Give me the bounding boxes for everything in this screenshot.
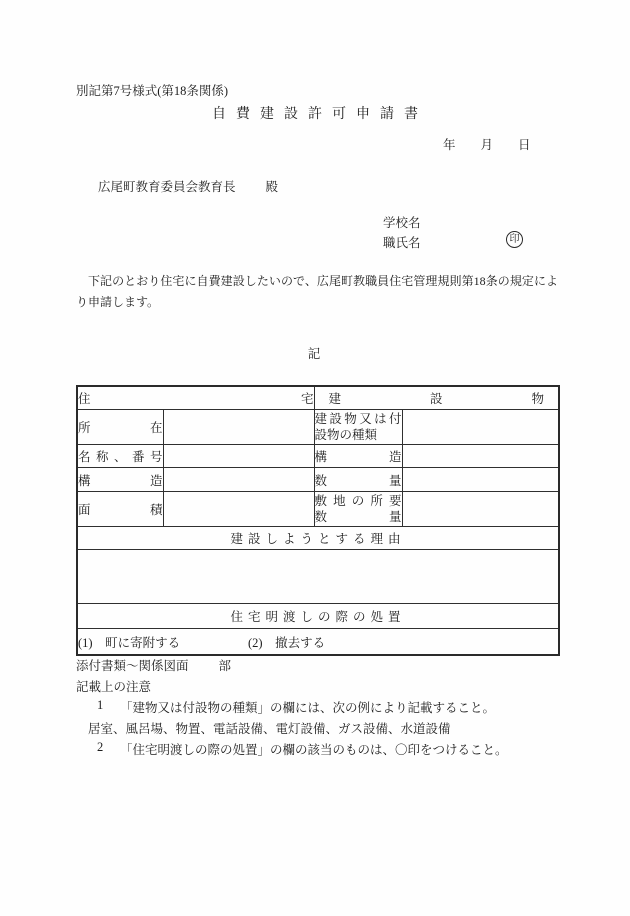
table-header-row: 住宅 建設物 [77, 386, 559, 410]
addressee-name: 広尾町教育委員会教育長 [98, 180, 236, 194]
application-form-page: 別記第7号様式(第18条関係) 自費建設許可申請書 年 月 日 広尾町教育委員会… [0, 0, 630, 916]
body-paragraph: 下記のとおり住宅に自費建設したいので、広尾町教職員住宅管理規則第18条の規定によ… [76, 271, 558, 313]
note-text: 「建物又は付設物の種類」の欄には、次の例により記載すること。 [120, 698, 495, 716]
note-item-1: 1 「建物又は付設物の種類」の欄には、次の例により記載すること。 [97, 698, 495, 716]
reason-input-row [77, 550, 559, 604]
addressee-line: 広尾町教育委員会教育長殿 [98, 177, 278, 195]
table-row: 所在 建設物又は付 設物の種類 [77, 410, 559, 445]
dwelling-structure-field[interactable] [163, 468, 314, 492]
header-construction: 建設物 [314, 386, 559, 410]
disposition-options: (1) 町に寄附する(2) 撤去する [77, 629, 559, 656]
option-remove[interactable]: (2) 撤去する [248, 636, 325, 650]
table-row: 名称、番号 構造 [77, 445, 559, 468]
label-building-quantity: 数量 [314, 468, 402, 492]
form-title: 自費建設許可申請書 [0, 103, 630, 123]
attachments-label: 添付書類～関係図面 [76, 659, 189, 673]
record-heading: 記 [0, 344, 630, 362]
disposition-header-row: 住宅明渡しの際の処置 [77, 604, 559, 629]
note-text: 「住宅明渡しの際の処置」の欄の該当のものは、〇印をつけること。 [120, 740, 508, 758]
seal-mark-icon: 印 [506, 231, 523, 248]
label-structure-type: 建設物又は付 設物の種類 [314, 410, 402, 445]
label-site-required-quantity: 敷地の所要 数量 [314, 492, 402, 527]
construction-reason-field[interactable] [77, 550, 559, 604]
building-quantity-field[interactable] [402, 468, 559, 492]
attachments-line: 添付書類～関係図面部 [76, 656, 231, 674]
building-structure-field[interactable] [402, 445, 559, 468]
note-number: 1 [97, 698, 120, 716]
notes-heading: 記載上の注意 [76, 677, 151, 695]
structure-type-field[interactable] [402, 410, 559, 445]
position-name-label: 職氏名 [383, 233, 421, 251]
option-donate-to-town[interactable]: (1) 町に寄附する [78, 633, 248, 651]
table-row: 構造 数量 [77, 468, 559, 492]
addressee-honorific: 殿 [266, 180, 279, 194]
dwelling-name-number-field[interactable] [163, 445, 314, 468]
label-dwelling-structure: 構造 [77, 468, 163, 492]
application-table: 住宅 建設物 所在 建設物又は付 設物の種類 名称、番号 構造 構造 [76, 385, 560, 656]
label-building-structure: 構造 [314, 445, 402, 468]
site-required-quantity-field[interactable] [402, 492, 559, 527]
label-dwelling-name-number: 名称、番号 [77, 445, 163, 468]
note-item-2: 2 「住宅明渡しの際の処置」の欄の該当のものは、〇印をつけること。 [97, 740, 508, 758]
label-dwelling-location: 所在 [77, 410, 163, 445]
reason-header-row: 建設しようとする理由 [77, 527, 559, 550]
table-row: 面積 敷地の所要 数量 [77, 492, 559, 527]
label-dwelling-area: 面積 [77, 492, 163, 527]
attachments-unit: 部 [219, 659, 232, 673]
note-example-line: 居室、風呂場、物置、電話設備、電灯設備、ガス設備、水道設備 [88, 719, 451, 737]
disposition-header: 住宅明渡しの際の処置 [77, 604, 559, 629]
date-line: 年 月 日 [443, 135, 531, 153]
note-number: 2 [97, 740, 120, 758]
school-name-label: 学校名 [383, 213, 421, 231]
form-number: 別記第7号様式(第18条関係) [76, 81, 228, 99]
dwelling-location-field[interactable] [163, 410, 314, 445]
header-dwelling: 住宅 [77, 386, 314, 410]
dwelling-area-field[interactable] [163, 492, 314, 527]
reason-header: 建設しようとする理由 [77, 527, 559, 550]
disposition-options-row: (1) 町に寄附する(2) 撤去する [77, 629, 559, 656]
seal-character: 印 [510, 235, 520, 245]
